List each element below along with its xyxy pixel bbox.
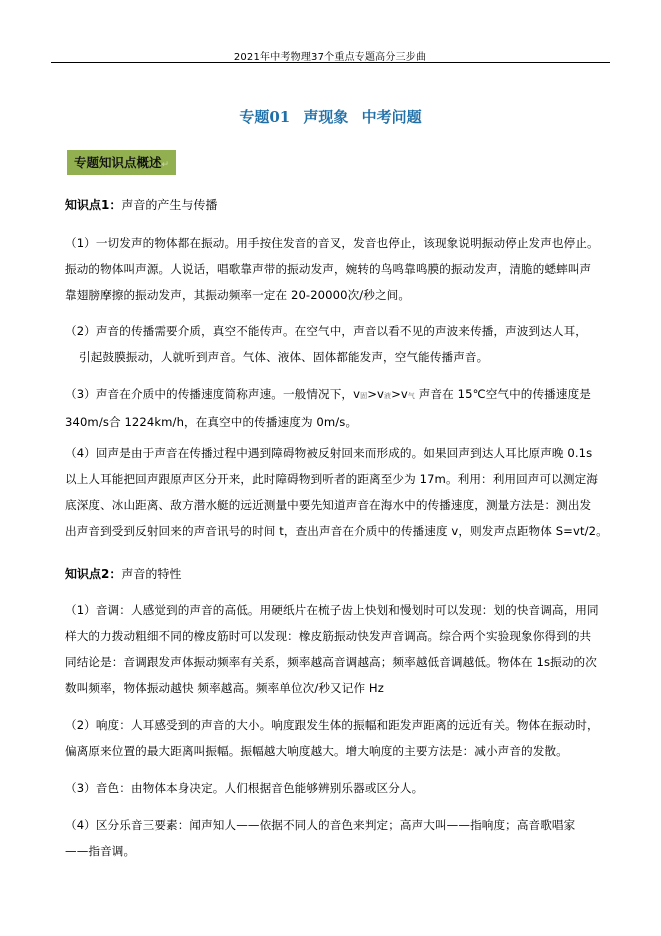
text-line: 以上人耳能把回声跟原声区分开来，此时障碍物到听者的距离至少为 17m。利用：利用… xyxy=(65,466,613,492)
text-line: 出声音到受到反射回来的声音讯号的时间 t，查出声音在介质中的传播速度 v，则发声… xyxy=(65,518,613,544)
text-line: 同结论是：音调跟发声体振动频率有关系，频率越高音调越高；频率越低音调越低。物体在… xyxy=(65,649,613,675)
text-line: （2）声音的传播需要介质，真空不能传声。在空气中，声音以看不见的声波来传播，声波… xyxy=(65,318,613,344)
paragraph-2-4: （4）区分乐音三要素：闻声知人——依据不同人的音色来判定；高声大叫——指响度；高… xyxy=(65,812,613,864)
text-line: （3）音色：由物体本身决定。人们根据音色能够辨别乐器或区分人。 xyxy=(65,775,613,801)
paragraph-1-2: （2）声音的传播需要介质，真空不能传声。在空气中，声音以看不见的声波来传播，声波… xyxy=(65,318,613,370)
paragraph-1-3: （3）声音在介质中的传播速度简称声速。一般情况下，v固>v液>v气 声音在 15… xyxy=(65,381,613,435)
text-line: （1）一切发声的物体都在振动。用手按住发音的音叉，发音也停止，该现象说明振动停止… xyxy=(65,230,613,256)
text-line: 底深度、冰山距离、敌方潜水艇的远近测量中要先知道声音在海水中的传播速度，测量方法… xyxy=(65,492,613,518)
running-header: 2021年中考物理37个重点专题高分三步曲 xyxy=(51,48,609,63)
text-line: （4）区分乐音三要素：闻声知人——依据不同人的音色来判定；高声大叫——指响度；高… xyxy=(65,812,613,838)
knowledge-point-2-heading: 知识点2：声音的特性 xyxy=(65,565,181,582)
text-line: 靠翅膀摩擦的振动发声，其振动频率一定在 20-20000次/秒之间。 xyxy=(65,282,613,308)
text-line: 振动的物体叫声源。人说话，唱歌靠声带的振动发声，婉转的鸟鸣靠鸣膜的振动发声，清脆… xyxy=(65,256,613,282)
knowledge-point-title: 声音的特性 xyxy=(121,567,181,581)
text-line: 样大的力拨动粗细不同的橡皮筋时可以发现：橡皮筋振动快发声音调高。综合两个实验现象… xyxy=(65,623,613,649)
title-topic-name: 声现象 xyxy=(303,108,348,126)
knowledge-point-label: 知识点2： xyxy=(65,567,121,581)
text-line: 数叫频率，物体振动越快 频率越高。频率单位次/秒又记作 Hz xyxy=(65,675,613,701)
text-line: （1）音调：人感觉到的声音的高低。用硬纸片在梳子齿上快划和慢划时可以发现：划的快… xyxy=(65,597,613,623)
text-line: （2）响度：人耳感受到的声音的大小。响度跟发生体的振幅和距发声距离的远近有关。物… xyxy=(65,712,613,738)
header-divider xyxy=(51,62,610,63)
text-line: （4）回声是由于声音在传播过程中遇到障碍物被反射回来而形成的。如果回声到达人耳比… xyxy=(65,440,613,466)
paragraph-mark-icon: ↵ xyxy=(161,160,169,170)
text-segment: 声音在 15℃空气中的传播速度是 xyxy=(415,387,591,401)
text-line: ——指音调。 xyxy=(65,838,613,864)
paragraph-2-3: （3）音色：由物体本身决定。人们根据音色能够辨别乐器或区分人。 xyxy=(65,775,613,801)
text-line: 偏离原来位置的最大距离叫振幅。振幅越大响度越大。增大响度的主要方法是：减小声音的… xyxy=(65,738,613,764)
knowledge-point-title: 声音的产生与传播 xyxy=(121,198,217,212)
text-line: （3）声音在介质中的传播速度简称声速。一般情况下，v固>v液>v气 声音在 15… xyxy=(65,381,613,409)
title-subtitle: 中考问题 xyxy=(362,108,422,126)
paragraph-1-1: （1）一切发声的物体都在振动。用手按住发音的音叉，发音也停止，该现象说明振动停止… xyxy=(65,230,613,308)
knowledge-point-1-heading: 知识点1：声音的产生与传播 xyxy=(65,196,217,213)
paragraph-1-4: （4）回声是由于声音在传播过程中遇到障碍物被反射回来而形成的。如果回声到达人耳比… xyxy=(65,440,613,544)
title-topic-number: 专题01 xyxy=(239,108,290,126)
text-segment: >v xyxy=(391,387,408,401)
knowledge-point-label: 知识点1： xyxy=(65,198,121,212)
text-segment: >v xyxy=(367,387,384,401)
text-line: 340m/s合 1224km/h，在真空中的传播速度为 0m/s。 xyxy=(65,409,613,435)
section-tag: 专题知识点概述↵ xyxy=(67,150,176,175)
text-segment: （3）声音在介质中的传播速度简称声速。一般情况下，v xyxy=(65,387,360,401)
subscript-gas: 气 xyxy=(408,392,415,400)
paragraph-2-1: （1）音调：人感觉到的声音的高低。用硬纸片在梳子齿上快划和慢划时可以发现：划的快… xyxy=(65,597,613,701)
paragraph-2-2: （2）响度：人耳感受到的声音的大小。响度跟发生体的振幅和距发声距离的远近有关。物… xyxy=(65,712,613,764)
section-tag-label: 专题知识点概述 xyxy=(74,155,162,170)
page-title: 专题01 声现象 中考问题 xyxy=(0,106,661,127)
text-line: 引起鼓膜振动，人就听到声音。气体、液体、固体都能发声，空气能传播声音。 xyxy=(65,344,613,370)
